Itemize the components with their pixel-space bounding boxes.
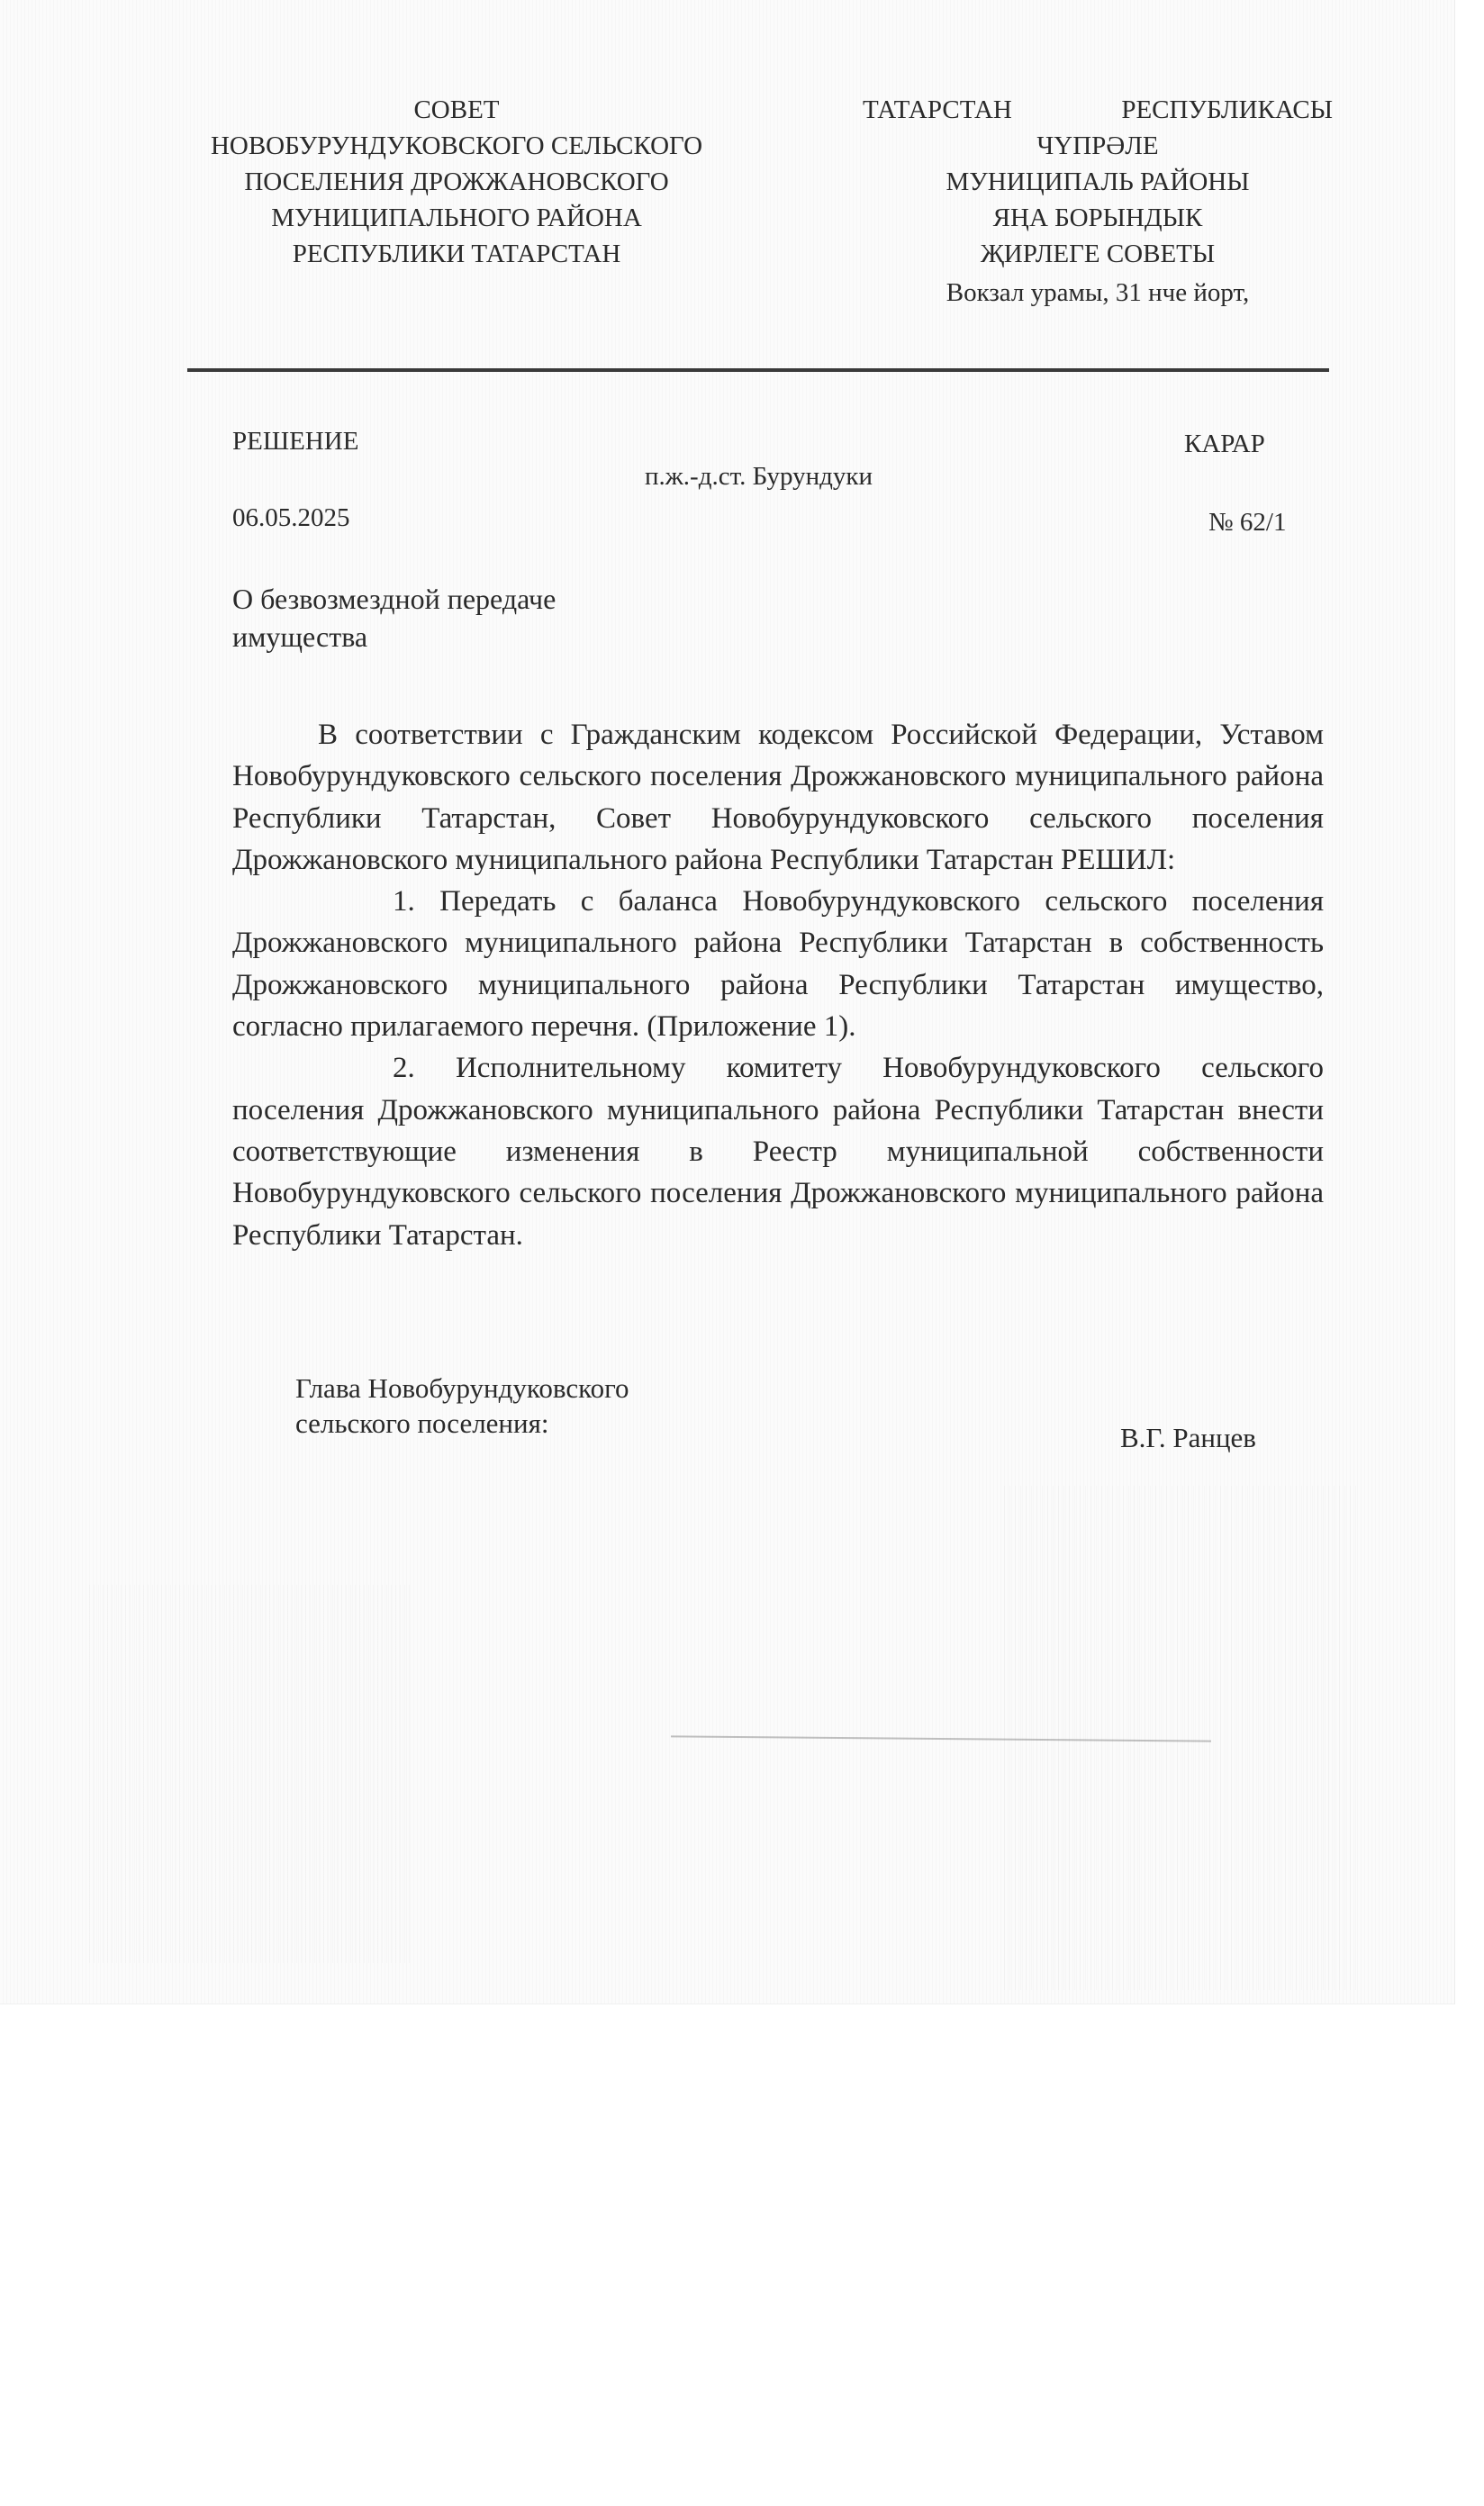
doc-place: п.ж.-д.ст. Бурундуки [645,460,873,493]
header-right-line: ҖИРЛЕГЕ СОВЕТЫ [863,236,1333,272]
header-right-line: ЯҢА БОРЫНДЫК [863,200,1333,236]
scan-noise [86,1585,410,1963]
doc-type-tt: КАРАР [1184,428,1265,460]
header-right-line: МУНИЦИПАЛЬ РАЙОНЫ [863,164,1333,200]
body-preamble: В соответствии с Гражданским кодексом Ро… [232,714,1324,881]
header-left-line: НОВОБУРУНДУКОВСКОГО СЕЛЬСКОГО [180,128,733,164]
doc-title-line: О безвозмездной передаче [232,580,556,618]
doc-type-ru: РЕШЕНИЕ [232,425,358,457]
doc-title: О безвозмездной передаче имущества [232,580,556,656]
doc-title-line: имущества [232,618,556,656]
body-item-2: 2. Исполнительному комитету Новобурундук… [232,1047,1324,1255]
header-right-word: ТАТАРСТАН [863,92,1012,128]
header-right-word: РЕСПУБЛИКАСЫ [1121,92,1333,128]
scan-noise [1000,1486,1360,1990]
header-left-block: СОВЕТ НОВОБУРУНДУКОВСКОГО СЕЛЬСКОГО ПОСЕ… [180,92,733,272]
header-right-line: ЧҮПРӘЛЕ [863,128,1333,164]
header-left-line: МУНИЦИПАЛЬНОГО РАЙОНА [180,200,733,236]
doc-number: № 62/1 [1208,506,1286,538]
signature-position-line: сельского поселения: [295,1406,629,1441]
header-right-address: Вокзал урамы, 31 нче йорт, [863,275,1333,311]
signature-position-line: Глава Новобурундуковского [295,1371,629,1406]
body-item-1: 1. Передать с баланса Новобурундуковског… [232,881,1324,1047]
header-left-line: СОВЕТ [180,92,733,128]
header-divider [187,368,1329,372]
doc-body: В соответствии с Гражданским кодексом Ро… [232,714,1324,1256]
signature-position: Глава Новобурундуковского сельского посе… [295,1371,629,1441]
header-right-block: ТАТАРСТАН РЕСПУБЛИКАСЫ ЧҮПРӘЛЕ МУНИЦИПАЛ… [863,92,1333,311]
signature-name: В.Г. Ранцев [1120,1420,1256,1455]
header-right-line-1: ТАТАРСТАН РЕСПУБЛИКАСЫ [863,92,1333,128]
header-left-line: ПОСЕЛЕНИЯ ДРОЖЖАНОВСКОГО [180,164,733,200]
header-left-line: РЕСПУБЛИКИ ТАТАРСТАН [180,236,733,272]
doc-date: 06.05.2025 [232,502,350,534]
